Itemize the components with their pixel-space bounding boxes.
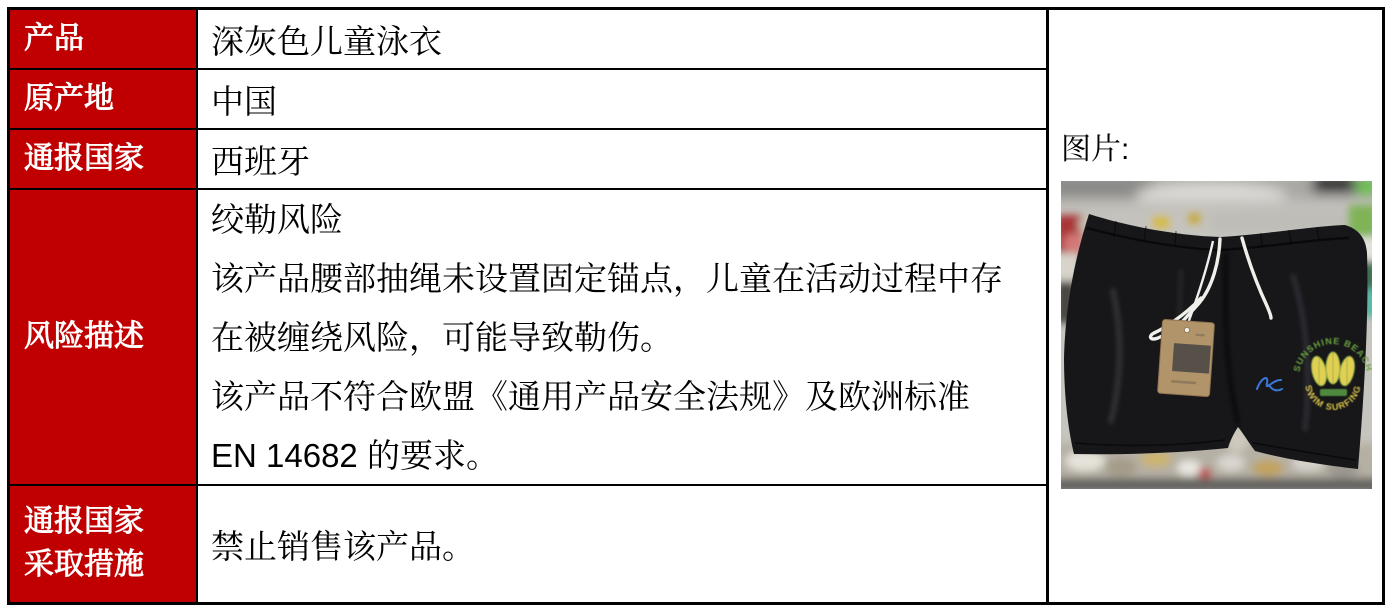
row-value-product: 深灰色儿童泳衣	[198, 10, 1046, 68]
row-label-risk-description: 风险描述	[10, 190, 198, 484]
table-row-notifying-country: 通报国家 西班牙	[10, 130, 1046, 190]
table-row-product: 产品 深灰色儿童泳衣	[10, 10, 1046, 70]
row-label-text: 通报国家	[24, 138, 144, 181]
row-value-notifying-country: 西班牙	[198, 130, 1046, 188]
recall-notice-page: 产品 深灰色儿童泳衣 原产地 中国 通报国家 西班牙	[0, 0, 1391, 613]
row-value-risk-description: 绞勒风险 该产品腰部抽绳未设置固定锚点，儿童在活动过程中存 在被缠绕风险，可能导…	[198, 190, 1046, 484]
censor-box	[1172, 343, 1211, 374]
image-label: 图片:	[1061, 131, 1374, 169]
image-panel: 图片:	[1046, 10, 1382, 602]
row-value-text: 深灰色儿童泳衣	[211, 16, 442, 63]
product-photo: SUNSHINE BEACH SWIM SURFING	[1061, 181, 1372, 489]
table-row-measures: 通报国家 采取措施 禁止销售该产品。	[10, 486, 1046, 602]
tag-hole	[1184, 327, 1190, 333]
row-label-text: 风险描述	[24, 316, 144, 359]
table-row-origin: 原产地 中国	[10, 70, 1046, 130]
table-left-columns: 产品 深灰色儿童泳衣 原产地 中国 通报国家 西班牙	[10, 10, 1046, 602]
row-value-measures: 禁止销售该产品。	[198, 486, 1046, 602]
row-label-origin: 原产地	[10, 70, 198, 128]
table-row-risk-description: 风险描述 绞勒风险 该产品腰部抽绳未设置固定锚点，儿童在活动过程中存 在被缠绕风…	[10, 190, 1046, 486]
logo-banner	[1320, 389, 1347, 396]
row-label-product: 产品	[10, 10, 198, 68]
hang-tag	[1157, 319, 1214, 396]
product-notification-table: 产品 深灰色儿童泳衣 原产地 中国 通报国家 西班牙	[7, 7, 1385, 605]
row-value-text: 中国	[211, 76, 277, 123]
row-label-measures: 通报国家 采取措施	[10, 486, 198, 602]
row-value-text: 禁止销售该产品。	[211, 521, 475, 568]
row-value-text: 西班牙	[211, 136, 310, 183]
row-label-text: 产品	[24, 18, 84, 61]
row-value-origin: 中国	[198, 70, 1046, 128]
row-label-text: 原产地	[24, 78, 114, 121]
row-label-notifying-country: 通报国家	[10, 130, 198, 188]
